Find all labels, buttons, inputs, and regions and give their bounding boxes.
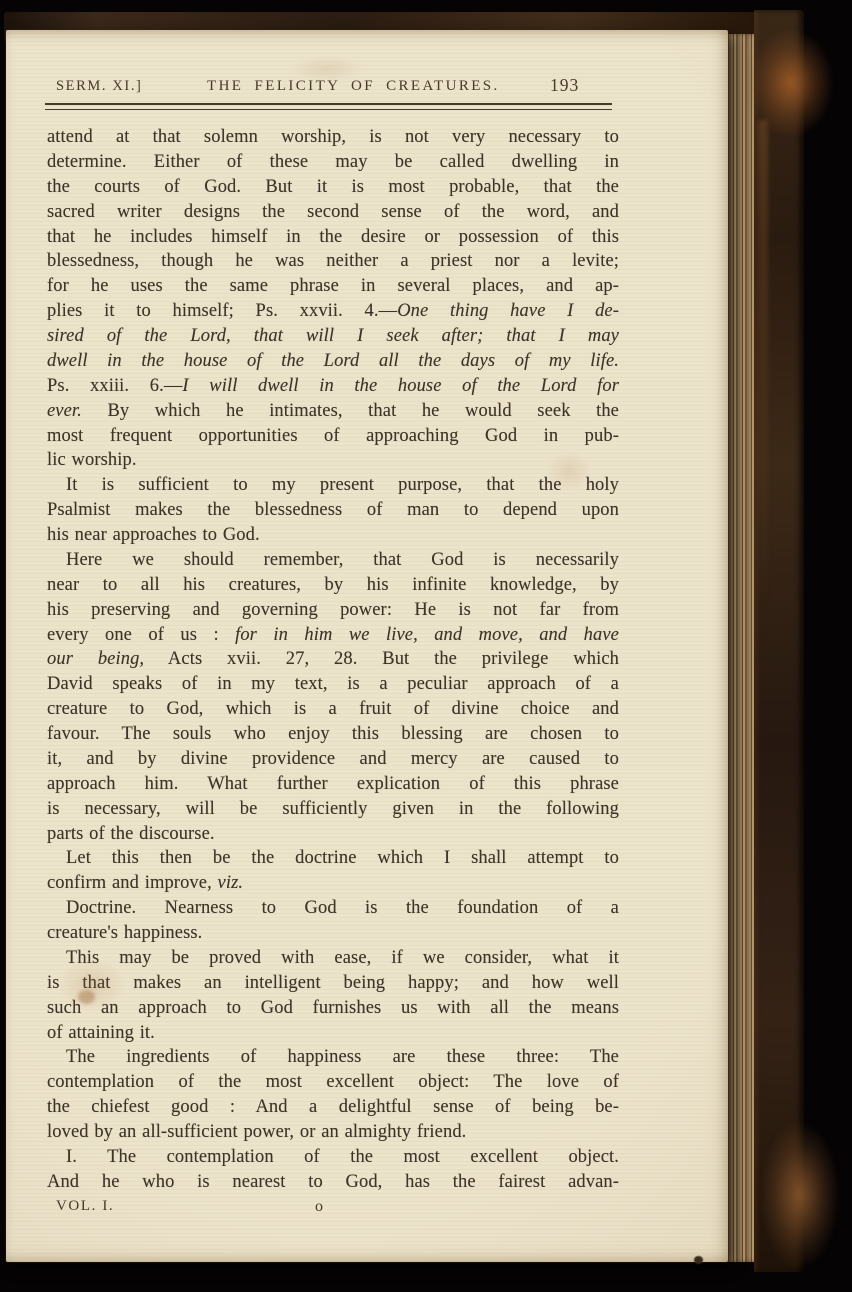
text-line: determine. Either of these may be called… [47,150,619,175]
text-segment: plies it to himself; Ps. xxvii. 4.— [47,301,397,321]
text-line: that he includes himself in the desire o… [47,225,619,250]
text-line: of attaining it. [47,1021,619,1046]
text-line: contemplation of the most excellent obje… [47,1070,619,1095]
text-line: the chiefest good : And a delightful sen… [47,1095,619,1120]
page-body-text: attend at that solemn worship, is not ve… [47,125,619,1195]
text-line: plies it to himself; Ps. xxvii. 4.—One t… [47,299,619,324]
italic-text-segment: ever. [47,401,82,421]
text-segment: for he uses the same phrase in several p… [47,276,619,296]
text-line: it, and by divine providence and mercy a… [47,747,619,772]
text-line: for he uses the same phrase in several p… [47,274,619,299]
italic-text-segment: viz. [218,873,244,893]
text-segment: determine. Either of these may be called… [47,152,619,172]
text-line: loved by an all-sufficient power, or an … [47,1120,619,1145]
text-segment: blessedness, though he was neither a pri… [47,251,619,271]
scanned-book-photo: SERM. XI.] THE FELICITY OF CREATURES. 19… [0,0,852,1292]
text-segment: Let this then be the doctrine which I sh… [66,848,619,868]
text-line: is necessary, will be sufficiently given… [47,797,619,822]
text-line: blessedness, though he was neither a pri… [47,249,619,274]
text-segment: approach him. What further explication o… [47,774,619,794]
text-line: parts of the discourse. [47,822,619,847]
cover-wear-streak [758,120,768,740]
footer-volume-label: VOL. I. [56,1198,114,1215]
text-segment: creature to God, which is a fruit of div… [47,699,619,719]
text-segment: Here we should remember, that God is nec… [66,550,619,570]
text-line: near to all his creatures, by his infini… [47,573,619,598]
text-line: attend at that solemn worship, is not ve… [47,125,619,150]
text-segment: favour. The souls who enjoy this blessin… [47,724,619,744]
text-line: favour. The souls who enjoy this blessin… [47,722,619,747]
text-line: our being, Acts xvii. 27, 28. But the pr… [47,647,619,672]
paper-speck [694,1256,703,1264]
text-segment: contemplation of the most excellent obje… [47,1072,619,1092]
text-segment: Acts xvii. 27, 28. But the privilege whi… [144,649,619,669]
text-segment: David speaks of in my text, is a peculia… [47,674,619,694]
text-line: his preserving and governing power: He i… [47,598,619,623]
text-line: Let this then be the doctrine which I sh… [47,846,619,871]
text-line: The ingredients of happiness are these t… [47,1045,619,1070]
text-line: lic worship. [47,448,619,473]
text-line: ever. By which he intimates, that he wou… [47,399,619,424]
paper-stain [546,450,592,492]
page-footer: VOL. I. o [47,1198,619,1223]
text-line: creature's happiness. [47,921,619,946]
text-line: I. The contemplation of the most excelle… [47,1145,619,1170]
italic-text-segment: sired of the Lord, that will I seek afte… [47,326,619,346]
text-segment: loved by an all-sufficient power, or an … [47,1122,466,1142]
text-line: his near approaches to God. [47,523,619,548]
text-segment: the courts of God. But it is most probab… [47,177,619,197]
text-line: sired of the Lord, that will I seek afte… [47,324,619,349]
text-segment: his near approaches to God. [47,525,260,545]
text-line: Doctrine. Nearness to God is the foundat… [47,896,619,921]
text-segment: of attaining it. [47,1023,155,1043]
text-segment: creature's happiness. [47,923,202,943]
text-line: Psalmist makes the blessedness of man to… [47,498,619,523]
text-line: sacred writer designs the second sense o… [47,200,619,225]
text-segment: Doctrine. Nearness to God is the foundat… [66,898,619,918]
text-segment: that he includes himself in the desire o… [47,227,619,247]
text-line: And he who is nearest to God, has the fa… [47,1170,619,1195]
text-segment: I. The contemplation of the most excelle… [66,1147,619,1167]
text-segment: the chiefest good : And a delightful sen… [47,1097,619,1117]
paper-stain [292,56,362,82]
text-line: David speaks of in my text, is a peculia… [47,672,619,697]
text-segment: It is sufficient to my present purpose, … [66,475,619,495]
footer-signature-mark: o [315,1198,323,1216]
text-segment: This may be proved with ease, if we cons… [66,948,619,968]
text-segment: And he who is nearest to God, has the fa… [47,1172,619,1192]
text-segment: lic worship. [47,450,137,470]
text-line: Ps. xxiii. 6.—I will dwell in the house … [47,374,619,399]
text-line: confirm and improve, viz. [47,871,619,896]
text-segment: near to all his creatures, by his infini… [47,575,619,595]
text-line: approach him. What further explication o… [47,772,619,797]
text-segment: his preserving and governing power: He i… [47,600,619,620]
text-line: Here we should remember, that God is nec… [47,548,619,573]
paper-stain [78,990,95,1004]
italic-text-segment: I will dwell in the house of the Lord fo… [182,376,619,396]
text-line: the courts of God. But it is most probab… [47,175,619,200]
header-double-rule [45,103,612,110]
text-segment: By which he intimates, that he would see… [82,401,619,421]
header-title: THE FELICITY OF CREATURES. [207,78,500,95]
header-sermon-number: SERM. XI.] [56,78,143,95]
text-segment: Psalmist makes the blessedness of man to… [47,500,619,520]
text-segment: is necessary, will be sufficiently given… [47,799,619,819]
cover-corner-wear-bottom [760,1120,840,1270]
text-segment: sacred writer designs the second sense o… [47,202,619,222]
text-segment: parts of the discourse. [47,824,215,844]
header-page-number: 193 [550,75,579,96]
text-line: most frequent opportunities of approachi… [47,424,619,449]
text-segment: The ingredients of happiness are these t… [66,1047,619,1067]
book-page: SERM. XI.] THE FELICITY OF CREATURES. 19… [6,30,728,1262]
cover-corner-wear-top [748,28,834,138]
paper-stain [44,948,140,1022]
italic-text-segment: dwell in the house of the Lord all the d… [47,351,619,371]
text-segment: every one of us : [47,625,235,645]
italic-text-segment: our being, [47,649,144,669]
text-segment: it, and by divine providence and mercy a… [47,749,619,769]
text-segment: most frequent opportunities of approachi… [47,426,619,446]
italic-text-segment: One thing have I de- [397,301,619,321]
italic-text-segment: for in him we live, and move, and have [235,625,619,645]
text-line: every one of us : for in him we live, an… [47,623,619,648]
text-line: It is sufficient to my present purpose, … [47,473,619,498]
text-segment: confirm and improve, [47,873,218,893]
text-line: dwell in the house of the Lord all the d… [47,349,619,374]
text-line: creature to God, which is a fruit of div… [47,697,619,722]
text-segment: attend at that solemn worship, is not ve… [47,127,619,147]
text-segment: Ps. xxiii. 6.— [47,376,182,396]
